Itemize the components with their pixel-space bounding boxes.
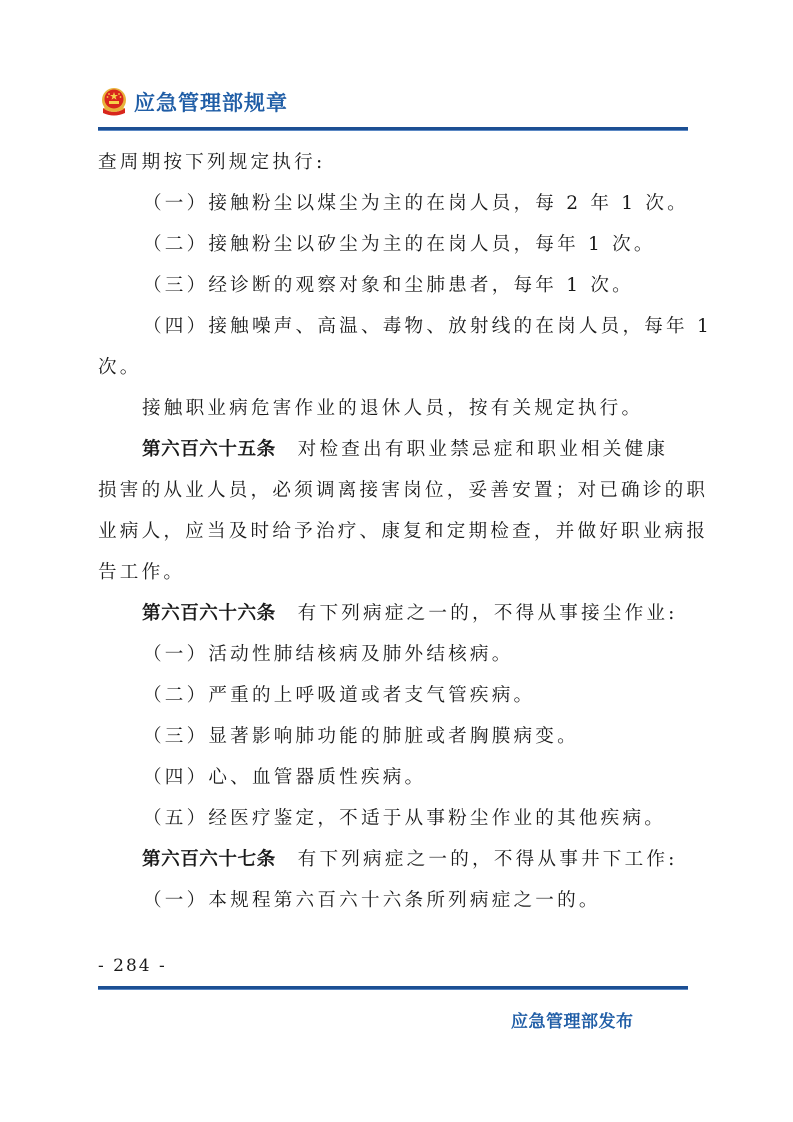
list-item: （四）接触噪声、高温、毒物、放射线的在岗人员，每年 1 [98,306,688,347]
list-item: （一）接触粉尘以煤尘为主的在岗人员，每 2 年 1 次。 [98,183,688,224]
list-item: （三）显著影响肺功能的肺脏或者胸膜病变。 [98,716,688,757]
text-line: 查周期按下列规定执行: [98,142,688,183]
text-line: 告工作。 [98,552,688,593]
article-text: 有下列病症之一的，不得从事接尘作业: [298,603,678,624]
header-divider [98,127,688,131]
text-line: 损害的从业人员，必须调离接害岗位，妥善安置；对已确诊的职 [98,470,688,511]
footer-divider [98,986,688,990]
list-item: （二）接触粉尘以矽尘为主的在岗人员，每年 1 次。 [98,224,688,265]
list-item: （一）本规程第六百六十六条所列病症之一的。 [98,880,688,921]
document-body: 查周期按下列规定执行: （一）接触粉尘以煤尘为主的在岗人员，每 2 年 1 次。… [98,142,688,921]
article-666: 第六百六十六条有下列病症之一的，不得从事接尘作业: [98,593,688,634]
article-number: 第六百六十六条 [142,603,276,624]
text-line: 业病人，应当及时给予治疗、康复和定期检查，并做好职业病报 [98,511,688,552]
list-item: （一）活动性肺结核病及肺外结核病。 [98,634,688,675]
list-item: （三）经诊断的观察对象和尘肺患者，每年 1 次。 [98,265,688,306]
article-number: 第六百六十五条 [142,439,276,460]
national-emblem-icon [98,86,130,118]
header-title: 应急管理部规章 [134,87,288,117]
page-header: 应急管理部规章 [98,82,288,122]
article-number: 第六百六十七条 [142,849,276,870]
list-item: （五）经医疗鉴定，不适于从事粉尘作业的其他疾病。 [98,798,688,839]
article-667: 第六百六十七条有下列病症之一的，不得从事井下工作: [98,839,688,880]
paragraph: 接触职业病危害作业的退休人员，按有关规定执行。 [98,388,688,429]
text-line: 次。 [98,347,688,388]
footer-publisher: 应急管理部发布 [511,1007,634,1032]
article-text: 对检查出有职业禁忌症和职业相关健康 [298,439,669,460]
list-item: （四）心、血管器质性疾病。 [98,757,688,798]
page-number: - 284 - [98,956,167,976]
article-665: 第六百六十五条对检查出有职业禁忌症和职业相关健康 [98,429,688,470]
article-text: 有下列病症之一的，不得从事井下工作: [298,849,678,870]
list-item: （二）严重的上呼吸道或者支气管疾病。 [98,675,688,716]
